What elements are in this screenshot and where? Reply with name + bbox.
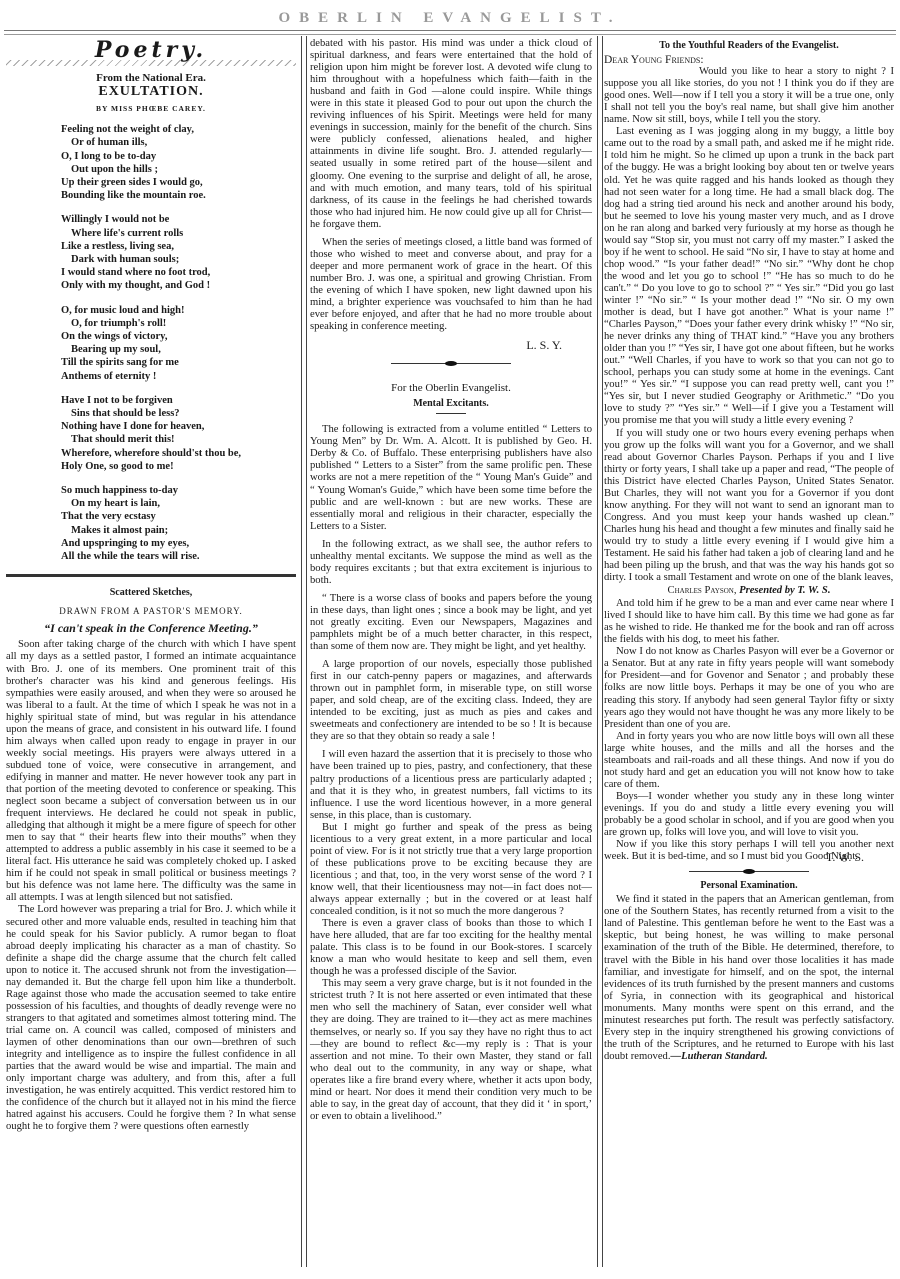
poem-stanza: O, for music loud and high! O, for trium… [61, 304, 296, 383]
poem-stanza: So much happiness to-day On my heart is … [61, 484, 296, 563]
newspaper-title: OBERLIN EVANGELIST. [0, 10, 900, 27]
poem-author: BY MISS PHŒBE CAREY. [6, 103, 296, 115]
poem-stanza: Willingly I would not be Where life's cu… [61, 213, 296, 292]
article-paragraph: There is even a graver class of books th… [310, 918, 592, 978]
poem-line: Willingly I would not be [61, 213, 296, 226]
poem-line: All the while the tears will rise. [61, 550, 296, 563]
article-paragraph: But I might go further and speak of the … [310, 822, 592, 918]
wavy-rule [6, 60, 296, 66]
column-divider [301, 36, 307, 1267]
poem-stanza: Have I not to be forgiven Sins that shou… [61, 394, 296, 473]
article-paragraph: Now I do not know as Charles Pasyon will… [604, 646, 894, 730]
poem-line: O, for triumph's roll! [61, 317, 296, 330]
article-title: To the Youthful Readers of the Evangelis… [604, 40, 894, 52]
article-paragraph: The following is extracted from a volume… [310, 424, 592, 532]
article-title: Mental Excitants. [310, 398, 592, 410]
column-left: Poetry. From the National Era. EXULTATIO… [6, 38, 296, 1133]
poem-line: Bearing up my soul, [61, 343, 296, 356]
article-paragraph: Would you like to hear a story to night … [604, 66, 894, 126]
article-paragraph: When the series of meetings closed, a li… [310, 237, 592, 333]
poem-source: From the National Era. [6, 72, 296, 84]
sketches-quote-title: “I can't speak in the Conference Meeting… [6, 622, 296, 634]
article-paragraph: “ There is a worse class of books and pa… [310, 593, 592, 653]
article-source: For the Oberlin Evangelist. [310, 382, 592, 394]
article-paragraph: And told him if he grew to be a man and … [604, 598, 894, 646]
poem-line: Sins that should be less? [61, 407, 296, 420]
article-paragraph: Last evening as I was jogging along in m… [604, 126, 894, 427]
article-paragraph: This may seem a very grave charge, but i… [310, 978, 592, 1123]
salutation: Dear Young Friends: [604, 54, 894, 66]
column-divider [597, 36, 603, 1267]
ornamental-divider [391, 363, 511, 364]
poem-line: And upspringing to my eyes, [61, 537, 296, 550]
article-paragraph: And in forty years you who are now littl… [604, 731, 894, 791]
masthead: OBERLIN EVANGELIST. [0, 0, 900, 28]
poem-line: On the wings of victory, [61, 330, 296, 343]
poem-line: I would stand where no foot trod, [61, 266, 296, 279]
article-paragraph: A large proportion of our novels, especi… [310, 659, 592, 743]
poem-line: Anthems of eternity ! [61, 370, 296, 383]
poem-line: So much happiness to-day [61, 484, 296, 497]
inscription-presented: Presented by T. W. S. [739, 585, 830, 596]
poem-line: Till the spirits sang for me [61, 356, 296, 369]
article-paragraph: Soon after taking charge of the church w… [6, 639, 296, 904]
poem-line: Feeling not the weight of clay, [61, 123, 296, 136]
poem-line: Where life's current rolls [61, 227, 296, 240]
article-paragraph: We find it stated in the papers that an … [604, 894, 894, 1063]
poem-line: O, I long to be to-day [61, 150, 296, 163]
column-right: To the Youthful Readers of the Evangelis… [604, 38, 894, 1063]
poem-line: O, for music loud and high! [61, 304, 296, 317]
poem-line: That should merit this! [61, 433, 296, 446]
poem-line: On my heart is lain, [61, 497, 296, 510]
section-rule [6, 574, 296, 577]
poetry-heading: Poetry. [6, 44, 296, 56]
poem-line: Have I not to be forgiven [61, 394, 296, 407]
article-paragraph: In the following extract, as we shall se… [310, 539, 592, 587]
poem-line: Up their green sides I would go, [61, 176, 296, 189]
article-paragraph: I will even hazard the assertion that it… [310, 749, 592, 821]
poem-title: EXULTATION. [6, 86, 296, 98]
poem-line: Holy One, so good to me! [61, 460, 296, 473]
article-paragraph: If you will study one or two hours every… [604, 428, 894, 585]
attribution: —Lutheran Standard. [671, 1051, 768, 1062]
top-rule [4, 30, 896, 35]
poem-line: Nothing have I done for heaven, [61, 420, 296, 433]
inscription: Charles Payson, Presented by T. W. S. [604, 585, 894, 597]
article-paragraph: debated with his pastor. His mind was un… [310, 38, 592, 231]
article-title: Personal Examination. [604, 880, 894, 892]
sketches-title: Scattered Sketches, [6, 587, 296, 599]
article-paragraph: Boys—I wonder whether you study any in t… [604, 791, 894, 839]
inscription-name: Charles Payson, [668, 585, 737, 596]
poem-line: Makes it almost pain; [61, 524, 296, 537]
poem-line: Dark with human souls; [61, 253, 296, 266]
signature: L. S. Y. [310, 339, 592, 351]
poem-line: That the very ecstasy [61, 510, 296, 523]
poem-line: Only with my thought, and God ! [61, 279, 296, 292]
poem-line: Like a restless, living sea, [61, 240, 296, 253]
article-text: We find it stated in the papers that an … [604, 894, 894, 1062]
poem-line: Bounding like the mountain roe. [61, 189, 296, 202]
column-middle: debated with his pastor. His mind was un… [310, 38, 592, 1123]
article-paragraph: The Lord however was preparing a trial f… [6, 904, 296, 1133]
short-rule [436, 413, 466, 414]
poem-line: Out upon the hills ; [61, 163, 296, 176]
ornamental-divider [689, 871, 809, 872]
poem-line: Wherefore, wherefore should'st thou be, [61, 447, 296, 460]
poem-stanza: Feeling not the weight of clay, Or of hu… [61, 123, 296, 202]
sketches-subtitle: DRAWN FROM A PASTOR'S MEMORY. [6, 605, 296, 617]
poem-line: Or of human ills, [61, 136, 296, 149]
